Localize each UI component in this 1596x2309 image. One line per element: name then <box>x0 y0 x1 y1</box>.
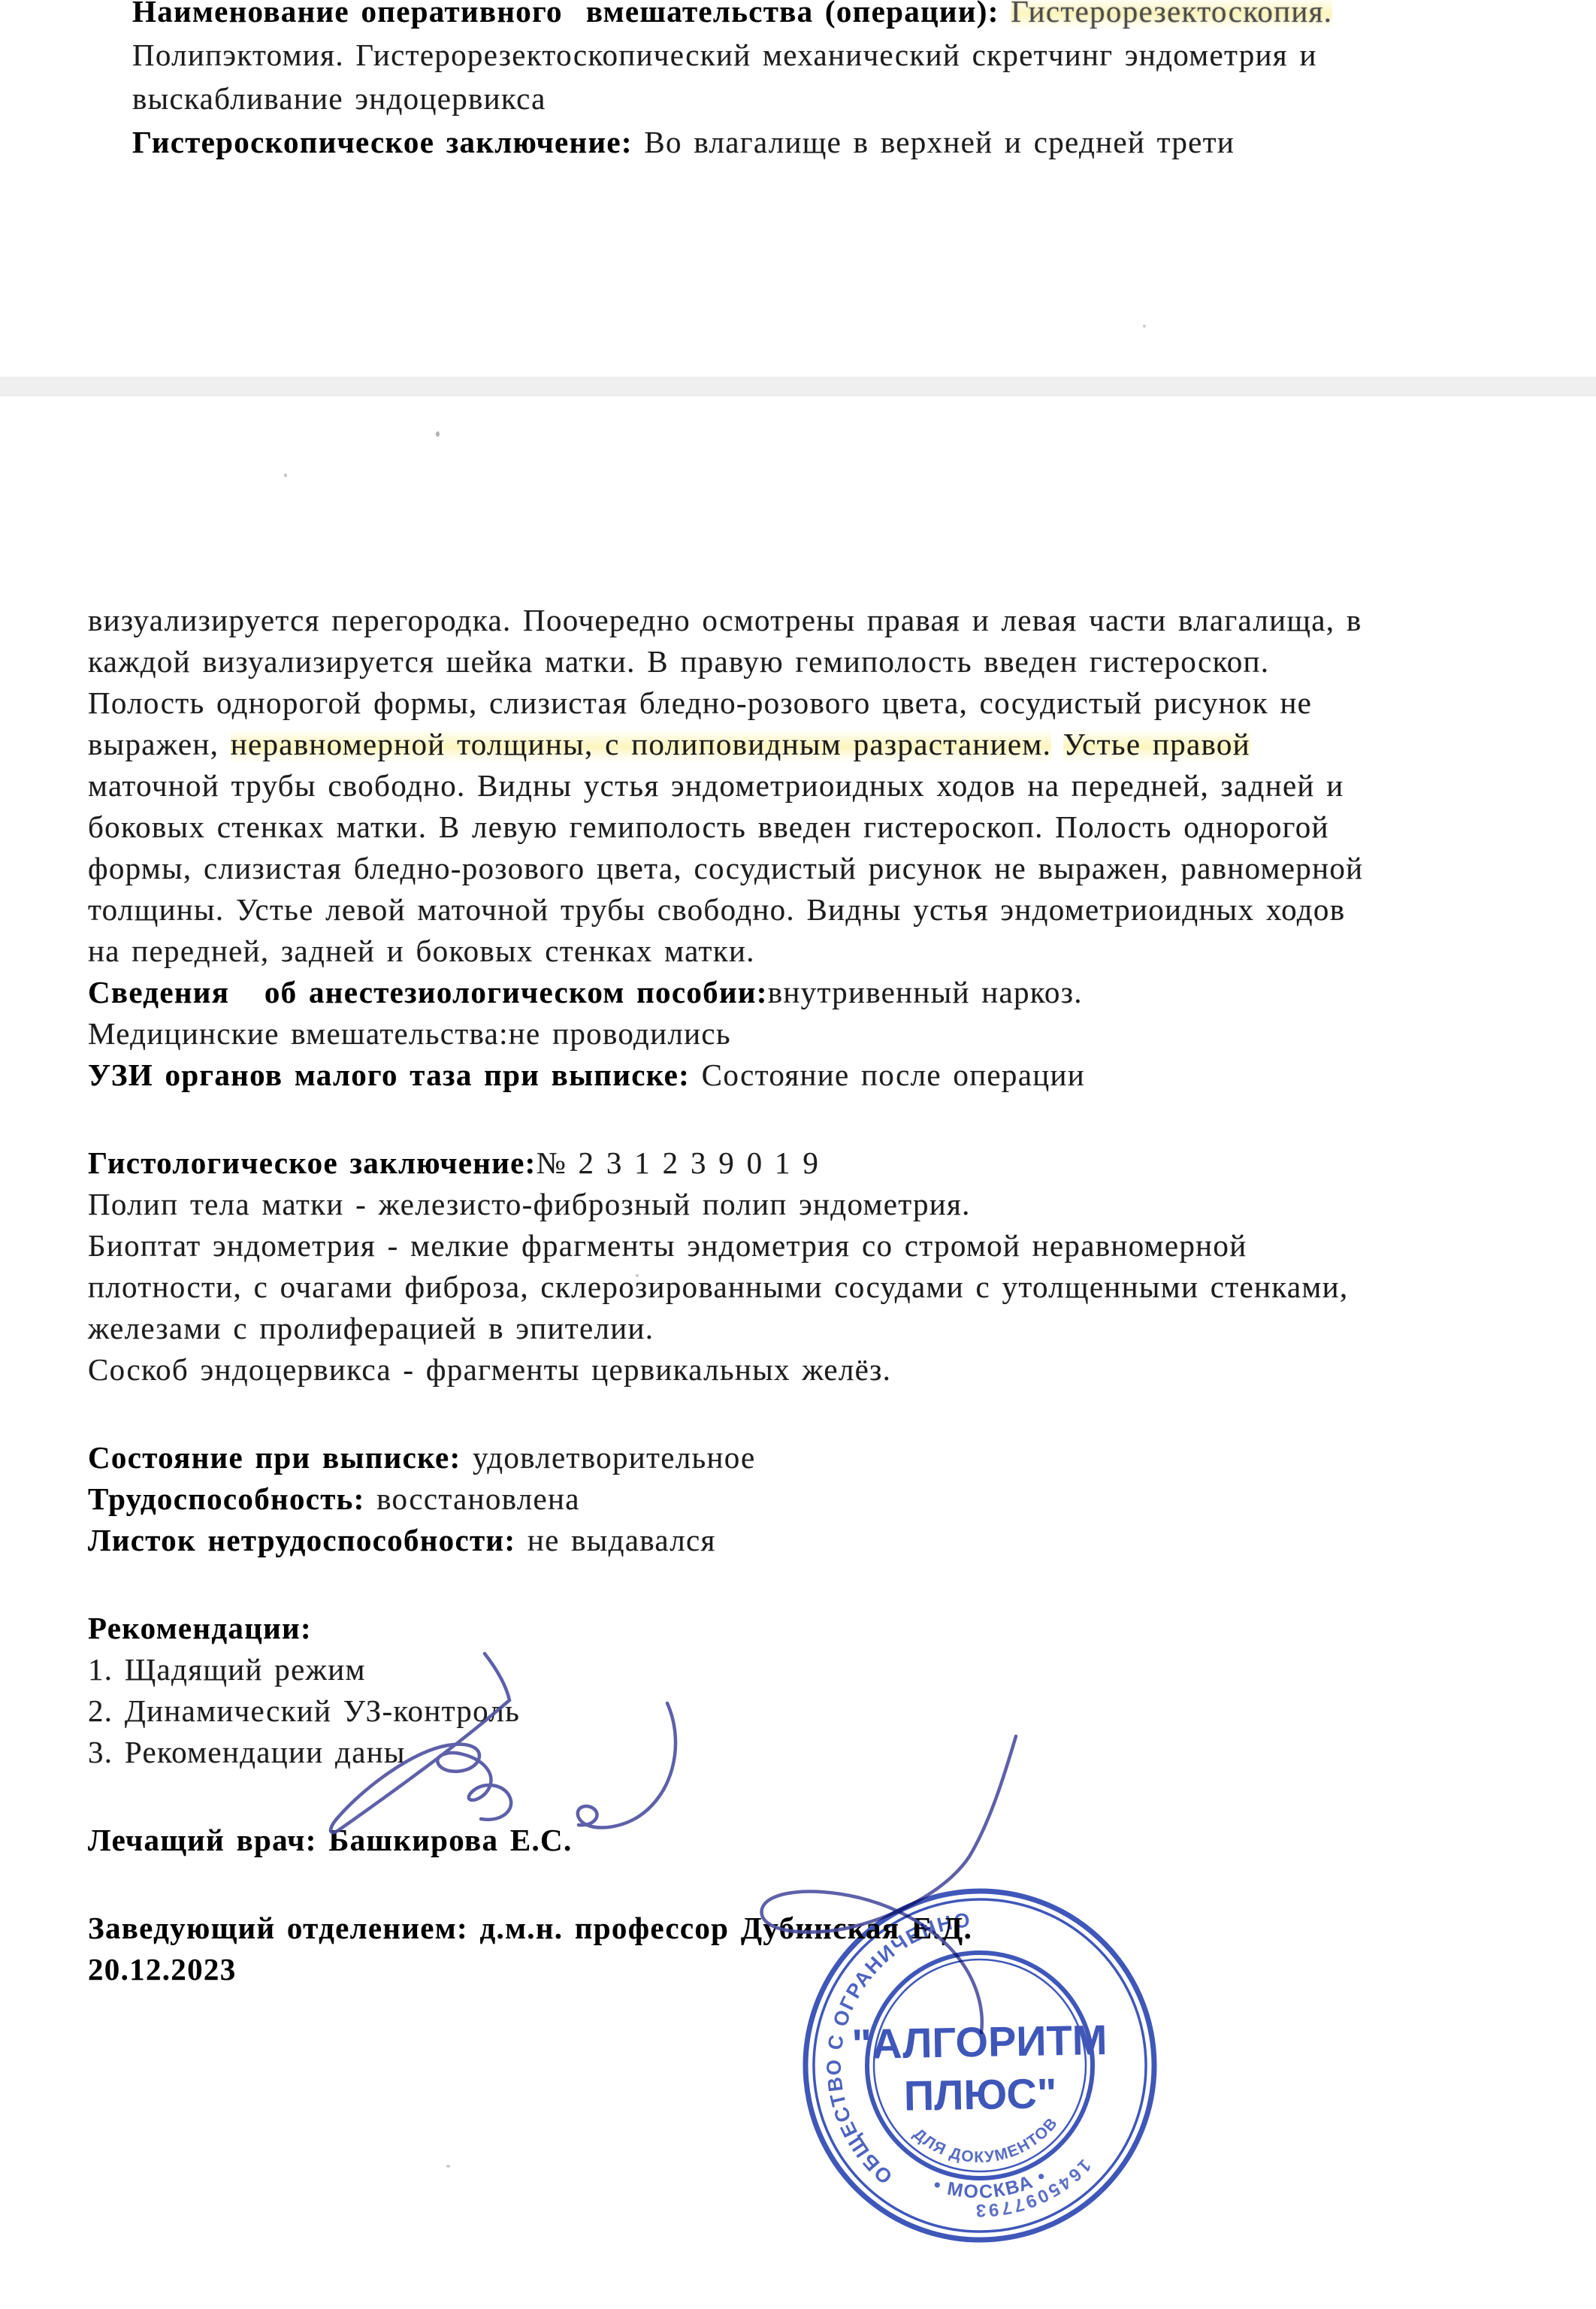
text-line: Гистологическое заключение:№ 2 3 1 2 3 9… <box>88 1142 1546 1184</box>
text-line: Трудоспособность: восстановлена <box>88 1478 1546 1520</box>
value-text: железами с пролиферацией в эпителии. <box>88 1311 654 1345</box>
text-line: толщины. Устье левой маточной трубы своб… <box>88 889 1546 931</box>
value-text: визуализируется перегородка. Поочередно … <box>88 603 1362 637</box>
value-text: выскабливание эндоцервикса <box>132 81 546 116</box>
text-line: Рекомендации: <box>88 1608 1546 1649</box>
text-line: выражен, неравномерной толщины, с полипо… <box>88 724 1546 765</box>
operation-header-block: Наименование оперативного вмешательства … <box>132 0 1545 164</box>
svg-text:ДЛЯ ДОКУМЕНТОВ: ДЛЯ ДОКУМЕНТОВ <box>909 2113 1065 2172</box>
text-line: УЗИ органов малого таза при выписке: Сос… <box>88 1055 1546 1096</box>
text-line: плотности, с очагами фиброза, склерозиро… <box>88 1266 1546 1308</box>
text-line: Полипэктомия. Гистерорезектоскопический … <box>132 33 1545 77</box>
label-text: Сведения об анестезиологическом пособии: <box>88 975 768 1009</box>
stamp-purpose-text: ДЛЯ ДОКУМЕНТОВ <box>909 2113 1065 2172</box>
text-line: 1. Щадящий режим <box>88 1649 1546 1690</box>
value-text: Биоптат эндометрия - мелкие фрагменты эн… <box>88 1228 1247 1263</box>
text-line: боковых стенках матки. В левую гемиполос… <box>88 806 1546 848</box>
text-line: Лечащий врач: Башкирова Е.С. <box>88 1820 1546 1861</box>
text-line: 3. Рекомендации даны <box>88 1732 1546 1773</box>
value-text: 2. Динамический УЗ-контроль <box>88 1693 520 1728</box>
value-text <box>1051 727 1063 761</box>
value-text: формы, слизистая бледно-розового цвета, … <box>88 851 1363 885</box>
text-line: Медицинские вмешательства:не проводились <box>88 1013 1546 1055</box>
value-text: на передней, задней и боковых стенках ма… <box>88 934 755 968</box>
label-text: Листок нетрудоспособности: <box>88 1523 527 1557</box>
value-text: Полип тела матки - железисто-фиброзный п… <box>88 1187 971 1221</box>
clinic-stamp: ОБЩЕСТВО С ОГРАНИЧЕННОЙ ОТВЕТСТВЕННОСТЬЮ… <box>752 1838 1208 2294</box>
value-text: № 2 3 1 2 3 9 0 1 9 <box>537 1145 820 1180</box>
text-line: железами с пролиферацией в эпителии. <box>88 1308 1546 1349</box>
value-text: Во влагалище в верхней и средней трети <box>644 125 1235 159</box>
label-text: Рекомендации: <box>88 1611 312 1645</box>
text-line: маточной трубы свободно. Видны устья энд… <box>88 765 1546 806</box>
value-text: выражен, <box>88 727 231 761</box>
text-line: Наименование оперативного вмешательства … <box>132 0 1545 33</box>
label-text: Трудоспособность: <box>88 1481 376 1516</box>
text-line: выскабливание эндоцервикса <box>132 77 1545 120</box>
stamp-company-name-line1: "АЛГОРИТМ <box>851 2016 1108 2068</box>
text-line: на передней, задней и боковых стенках ма… <box>88 931 1546 972</box>
value-text: удовлетворительное <box>473 1440 756 1475</box>
text-line: Состояние при выписке: удовлетворительно… <box>88 1437 1546 1478</box>
text-line: Сведения об анестезиологическом пособии:… <box>88 972 1546 1013</box>
text-line: Листок нетрудоспособности: не выдавался <box>88 1520 1546 1561</box>
label-text: Наименование оперативного вмешательства … <box>132 0 1011 29</box>
label-text: 20.12.2023 <box>88 1952 237 1987</box>
value-text: Устье правой <box>1063 727 1250 761</box>
text-line: Полип тела матки - железисто-фиброзный п… <box>88 1184 1546 1225</box>
text-line: Биоптат эндометрия - мелкие фрагменты эн… <box>88 1225 1546 1266</box>
value-text: Полипэктомия. Гистерорезектоскопический … <box>132 38 1317 72</box>
scan-speck <box>284 474 287 477</box>
text-line: Гистероскопическое заключение: Во влагал… <box>132 120 1545 164</box>
value-text: Полость однорогой формы, слизистая бледн… <box>88 685 1312 720</box>
value-text: неравномерной толщины, с полиповидным ра… <box>231 727 1051 761</box>
text-line: визуализируется перегородка. Поочередно … <box>88 600 1546 641</box>
value-text: Гистерорезектоскопия. <box>1011 0 1332 29</box>
text-line: 2. Динамический УЗ-контроль <box>88 1690 1546 1732</box>
label-text: Гистероскопическое заключение: <box>132 125 644 159</box>
scan-speck <box>1143 325 1146 328</box>
blank-line <box>88 1096 1546 1142</box>
text-line: формы, слизистая бледно-розового цвета, … <box>88 848 1546 889</box>
value-text: маточной трубы свободно. Видны устья энд… <box>88 768 1344 803</box>
scanner-artifact-band <box>0 377 1596 396</box>
value-text: Медицинские вмешательства:не проводились <box>88 1016 731 1051</box>
scan-speck <box>436 431 440 437</box>
label-text: УЗИ органов малого таза при выписке: <box>88 1058 702 1092</box>
value-text: внутривенный наркоз. <box>768 975 1083 1009</box>
label-text: Лечащий врач: Башкирова Е.С. <box>88 1823 573 1857</box>
value-text: 1. Щадящий режим <box>88 1652 366 1687</box>
value-text: боковых стенках матки. В левую гемиполос… <box>88 810 1329 844</box>
label-text: Гистологическое заключение: <box>88 1145 537 1180</box>
stamp-company-name-line2: ПЛЮС" <box>903 2069 1057 2120</box>
blank-line <box>88 1561 1546 1608</box>
value-text: толщины. Устье левой маточной трубы своб… <box>88 892 1345 927</box>
value-text: восстановлена <box>376 1481 580 1516</box>
value-text: Состояние после операции <box>702 1058 1085 1092</box>
text-line: каждой визуализируется шейка матки. В пр… <box>88 641 1546 682</box>
text-line: Соскоб эндоцервикса - фрагменты цервикал… <box>88 1349 1546 1391</box>
blank-line <box>88 1391 1546 1437</box>
value-text: 3. Рекомендации даны <box>88 1735 406 1769</box>
text-line: Полость однорогой формы, слизистая бледн… <box>88 682 1546 724</box>
scanned-medical-document-page: Наименование оперативного вмешательства … <box>0 0 1596 2309</box>
value-text: каждой визуализируется шейка матки. В пр… <box>88 644 1269 679</box>
blank-line <box>88 1773 1546 1820</box>
value-text: не выдавался <box>527 1523 716 1557</box>
value-text: плотности, с очагами фиброза, склерозиро… <box>88 1269 1348 1304</box>
label-text: Состояние при выписке: <box>88 1440 473 1475</box>
value-text: Соскоб эндоцервикса - фрагменты цервикал… <box>88 1352 891 1387</box>
scan-speck <box>446 2165 450 2168</box>
discharge-summary-body-block: визуализируется перегородка. Поочередно … <box>88 600 1546 1990</box>
